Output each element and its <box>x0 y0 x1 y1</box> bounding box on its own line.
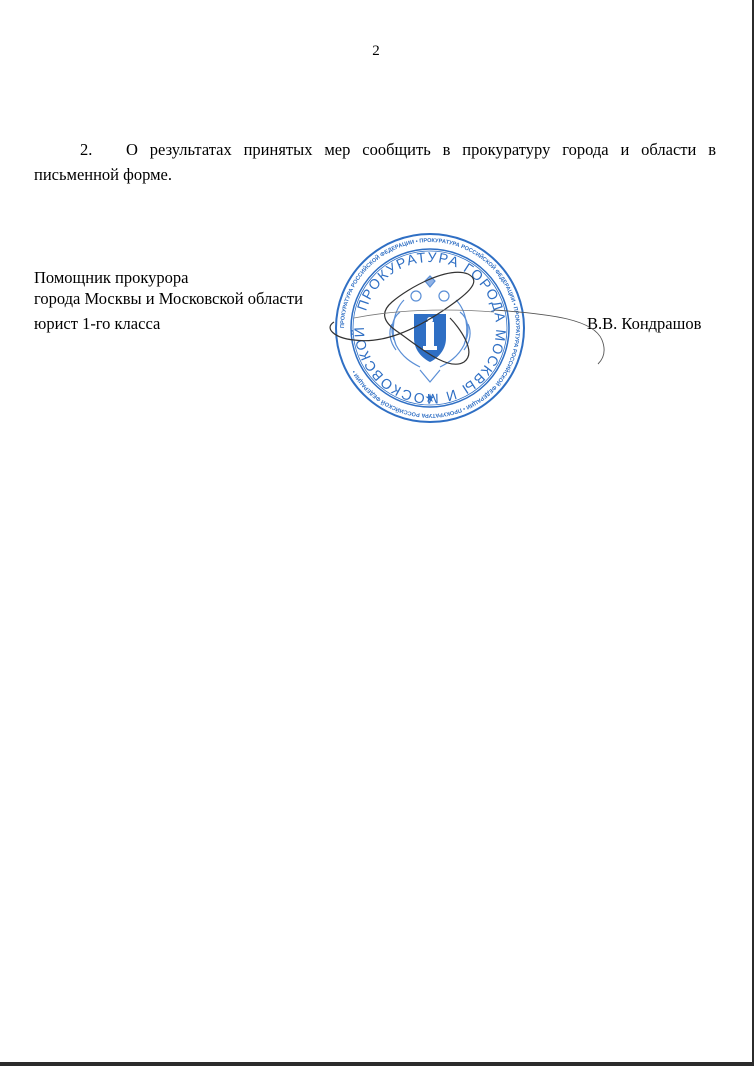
signatory-position: Помощник прокурора города Москвы и Моско… <box>34 267 303 309</box>
paragraph-number: 2. <box>80 137 126 162</box>
stamp-star-icon: ★ <box>425 391 436 405</box>
paragraph-text: О результатах принятых мер сообщить в пр… <box>34 140 716 184</box>
signatory-name: В.В. Кондрашов <box>587 314 701 334</box>
page-number: 2 <box>0 43 752 60</box>
signatory-rank: юрист 1-го класса <box>34 314 160 334</box>
paragraph-2: 2.О результатах принятых мер сообщить в … <box>34 137 716 187</box>
official-stamp: ПРОКУРАТУРА РОССИЙСКОЙ ФЕДЕРАЦИИ • ПРОКУ… <box>334 232 526 424</box>
position-line-2: города Москвы и Московской области <box>34 288 303 309</box>
document-page: 2 2.О результатах принятых мер сообщить … <box>0 0 752 1062</box>
position-line-1: Помощник прокурора <box>34 267 303 288</box>
